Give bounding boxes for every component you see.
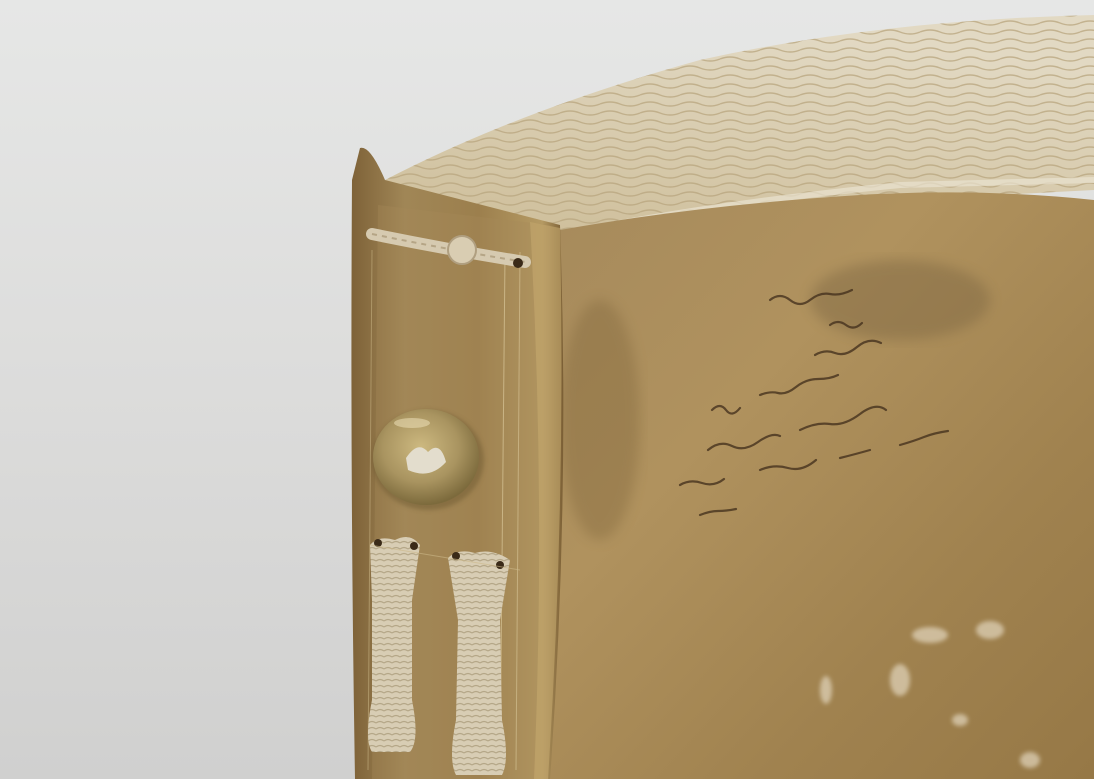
photo-scene: Close-up of an old book: vellum cover wi… — [0, 0, 1094, 779]
book-photo — [0, 0, 1094, 779]
vellum-cover — [548, 192, 1094, 779]
tacket-right — [448, 551, 510, 775]
